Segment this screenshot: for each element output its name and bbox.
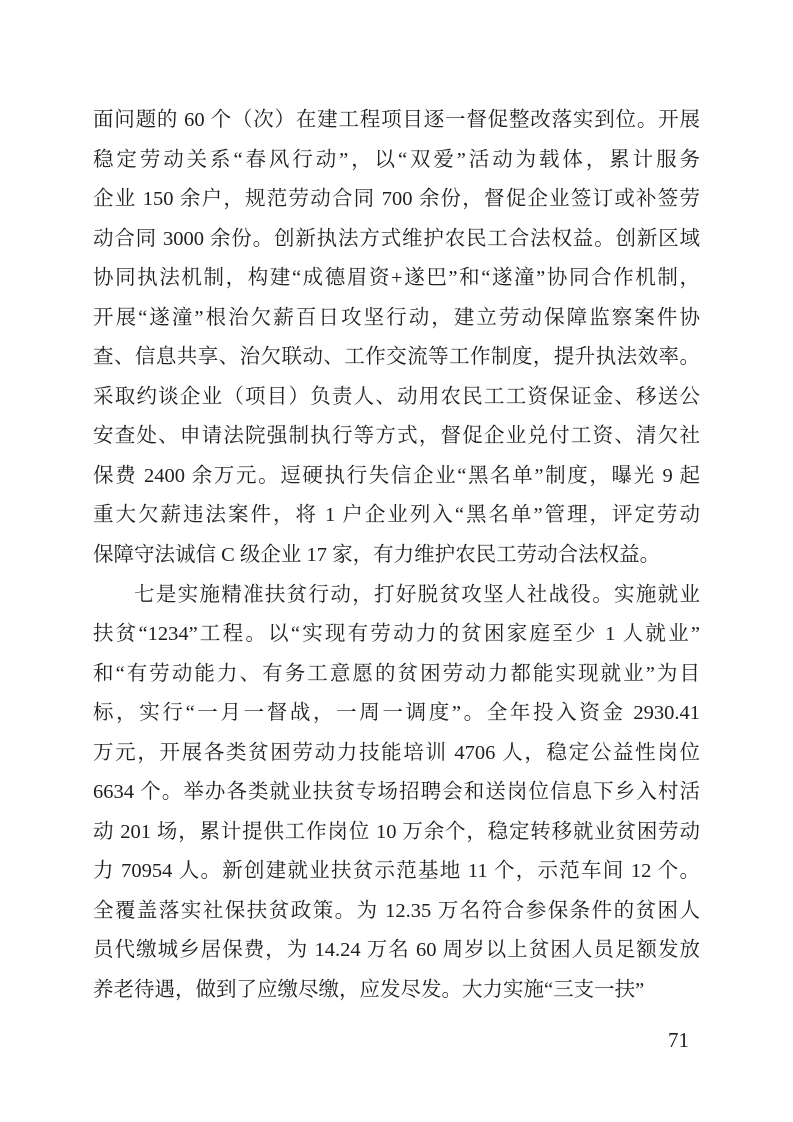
text-line: 重大欠薪违法案件，将 1 户企业列入“黑名单”管理，评定劳动 — [93, 496, 700, 536]
text-line: 保障守法诚信 C 级企业 17 家，有力维护农民工劳动合法权益。 — [93, 536, 700, 576]
text-line: 稳定劳动关系“春风行动”，以“双爱”活动为载体，累计服务 — [93, 141, 700, 181]
text-line: 万元，开展各类贫困劳动力技能培训 4706 人，稳定公益性岗位 — [93, 734, 700, 774]
text-line: 动 201 场，累计提供工作岗位 10 万余个，稳定转移就业贫困劳动 — [93, 813, 700, 853]
text-line: 开展“遂潼”根治欠薪百日攻坚行动，建立劳动保障监察案件协 — [93, 299, 700, 339]
text-line: 标，实行“一月一督战，一周一调度”。全年投入资金 2930.41 — [93, 694, 700, 734]
text-line: 协同执法机制，构建“成德眉资+遂巴”和“遂潼”协同合作机制， — [93, 259, 700, 299]
body-text: 面问题的 60 个（次）在建工程项目逐一督促整改落实到位。开展稳定劳动关系“春风… — [93, 101, 700, 1011]
text-line: 查、信息共享、治欠联动、工作交流等工作制度，提升执法效率。 — [93, 338, 700, 378]
text-line: 七是实施精准扶贫行动，打好脱贫攻坚人社战役。实施就业 — [93, 576, 700, 616]
text-line: 企业 150 余户，规范劳动合同 700 余份，督促企业签订或补签劳 — [93, 180, 700, 220]
text-line: 养老待遇，做到了应缴尽缴，应发尽发。大力实施“三支一扶” — [93, 971, 700, 1011]
text-line: 动合同 3000 余份。创新执法方式维护农民工合法权益。创新区域 — [93, 220, 700, 260]
text-line: 扶贫“1234”工程。以“实现有劳动力的贫困家庭至少 1 人就业” — [93, 615, 700, 655]
text-line: 保费 2400 余万元。逗硬执行失信企业“黑名单”制度，曝光 9 起 — [93, 457, 700, 497]
text-line: 全覆盖落实社保扶贫政策。为 12.35 万名符合参保条件的贫困人 — [93, 892, 700, 932]
page-number: 71 — [668, 1026, 689, 1054]
text-line: 和“有劳动能力、有务工意愿的贫困劳动力都能实现就业”为目 — [93, 655, 700, 695]
text-line: 6634 个。举办各类就业扶贫专场招聘会和送岗位信息下乡入村活 — [93, 773, 700, 813]
text-line: 力 70954 人。新创建就业扶贫示范基地 11 个，示范车间 12 个。 — [93, 852, 700, 892]
document-page: 面问题的 60 个（次）在建工程项目逐一督促整改落实到位。开展稳定劳动关系“春风… — [0, 0, 793, 1122]
text-line: 员代缴城乡居保费，为 14.24 万名 60 周岁以上贫困人员足额发放 — [93, 931, 700, 971]
text-line: 安查处、申请法院强制执行等方式，督促企业兑付工资、清欠社 — [93, 417, 700, 457]
text-line: 面问题的 60 个（次）在建工程项目逐一督促整改落实到位。开展 — [93, 101, 700, 141]
text-line: 采取约谈企业（项目）负责人、动用农民工工资保证金、移送公 — [93, 378, 700, 418]
